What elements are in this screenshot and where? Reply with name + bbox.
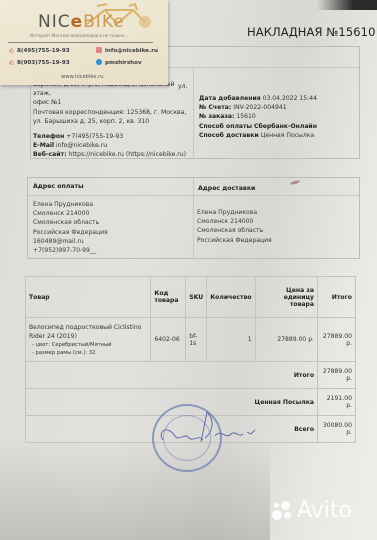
company-website: Веб-сайт: https://nicebike.ru (https://n… <box>33 150 193 159</box>
phone-icon: ✆ <box>9 60 14 67</box>
invoice-title: НАКЛАДНАЯ №15610 <box>247 25 375 39</box>
product-unit-price: 27889.00 р. <box>255 318 317 362</box>
subtotal-label: Итого <box>26 362 318 389</box>
card-tagline: Интернет-Магазин велосипедов и не только… <box>30 33 128 38</box>
order-date: Дата добавления 03.04.2022 15:44 <box>199 94 359 103</box>
order-number: № заказа: 15610 <box>199 112 359 121</box>
header-unit-price: Цена за единицу товара <box>255 277 317 318</box>
header-total: Итого <box>318 277 356 318</box>
product-qty: 1 <box>207 318 255 362</box>
order-details: Дата добавления 03.04.2022 15:44 № Счета… <box>199 94 359 140</box>
grand-total-value: 30080.00 р. <box>318 416 356 443</box>
product-name: Велосипед подростковый Ciclistino Rider … <box>29 323 147 341</box>
delivery-method: Способ доставки Ценная Посылка <box>199 131 359 140</box>
company-email: E-Mail info@nicebike.ru <box>33 141 193 150</box>
company-postal-line1: Почтовая корреспонденция: 125368, г. Мос… <box>33 108 193 117</box>
shipping-cost-value: 2191.00 р. <box>318 389 356 416</box>
divider <box>193 178 194 258</box>
company-phone: Телефон +7(495)755-19-93 <box>33 132 193 141</box>
product-sku: bf-1s <box>186 318 207 362</box>
invoice-number: № Счета: INV-2022-004941 <box>199 103 359 112</box>
product-code: 6402-06 <box>151 318 186 362</box>
subtotal-value: 27889.00 р. <box>318 362 356 389</box>
divider <box>8 42 153 43</box>
product-option-size: - размер рамы (см.): 32 <box>29 349 147 357</box>
shipping-heading: Адрес доставки <box>198 185 255 192</box>
billing-address: Елена Прудникова Смоленск 214000 Смоленс… <box>33 200 108 255</box>
nicebike-logo: NICeBIKe <box>38 12 125 32</box>
card-website: www.nicebike.ru <box>61 74 104 80</box>
header-qty: Количество <box>207 277 255 318</box>
product-option-color: - цвет: Серебристый/Мятный <box>29 341 147 349</box>
avito-logo-icon <box>272 501 294 521</box>
table-row: Велосипед подростковый Ciclistino Rider … <box>26 318 356 362</box>
card-phone-2: ✆8(903)755-19-93 <box>9 60 70 67</box>
product-cell: Велосипед подростковый Ciclistino Rider … <box>26 318 151 362</box>
product-total: 27889.00 р. <box>318 318 356 362</box>
header-sku: SKU <box>186 277 207 318</box>
card-phone-1: ✆8(495)755-19-93 <box>9 48 70 55</box>
phone-icon: ✆ <box>9 48 14 55</box>
shadow <box>0 440 270 540</box>
divider <box>193 67 194 159</box>
company-postal-line2: ул. Барышиха д. 25, корп. 2, кв. 310 <box>33 117 193 126</box>
signature <box>155 410 260 450</box>
company-address-line2: офис №1 <box>33 98 193 107</box>
avito-watermark: Avito <box>272 498 352 523</box>
shipping-address: Елена Прудникова Смоленск 214000 Смоленс… <box>197 208 272 245</box>
background-edge <box>317 0 377 10</box>
summary-row-subtotal: Итого 27889.00 р. <box>26 362 356 389</box>
card-email: info@nicebike.ru <box>96 47 158 54</box>
billing-heading: Адрес оплаты <box>33 183 84 190</box>
payment-method: Способ оплаты Сбербанк-Онлайн <box>199 122 359 131</box>
company-details: Барклая, д.13, стр.1, подъезд.1, цокольн… <box>33 80 193 160</box>
address-box: Адрес оплаты Адрес доставки Елена Прудни… <box>27 177 360 259</box>
business-card: NICeBIKe Интернет-Магазин велосипедов и … <box>0 0 168 85</box>
mail-icon <box>96 47 102 53</box>
card-skype: pmshirshov <box>96 59 142 66</box>
skype-icon <box>96 59 102 65</box>
header-code: Код товара <box>151 277 186 318</box>
header-product: Товар <box>26 277 151 318</box>
table-header-row: Товар Код товара SKU Количество Цена за … <box>26 277 356 318</box>
